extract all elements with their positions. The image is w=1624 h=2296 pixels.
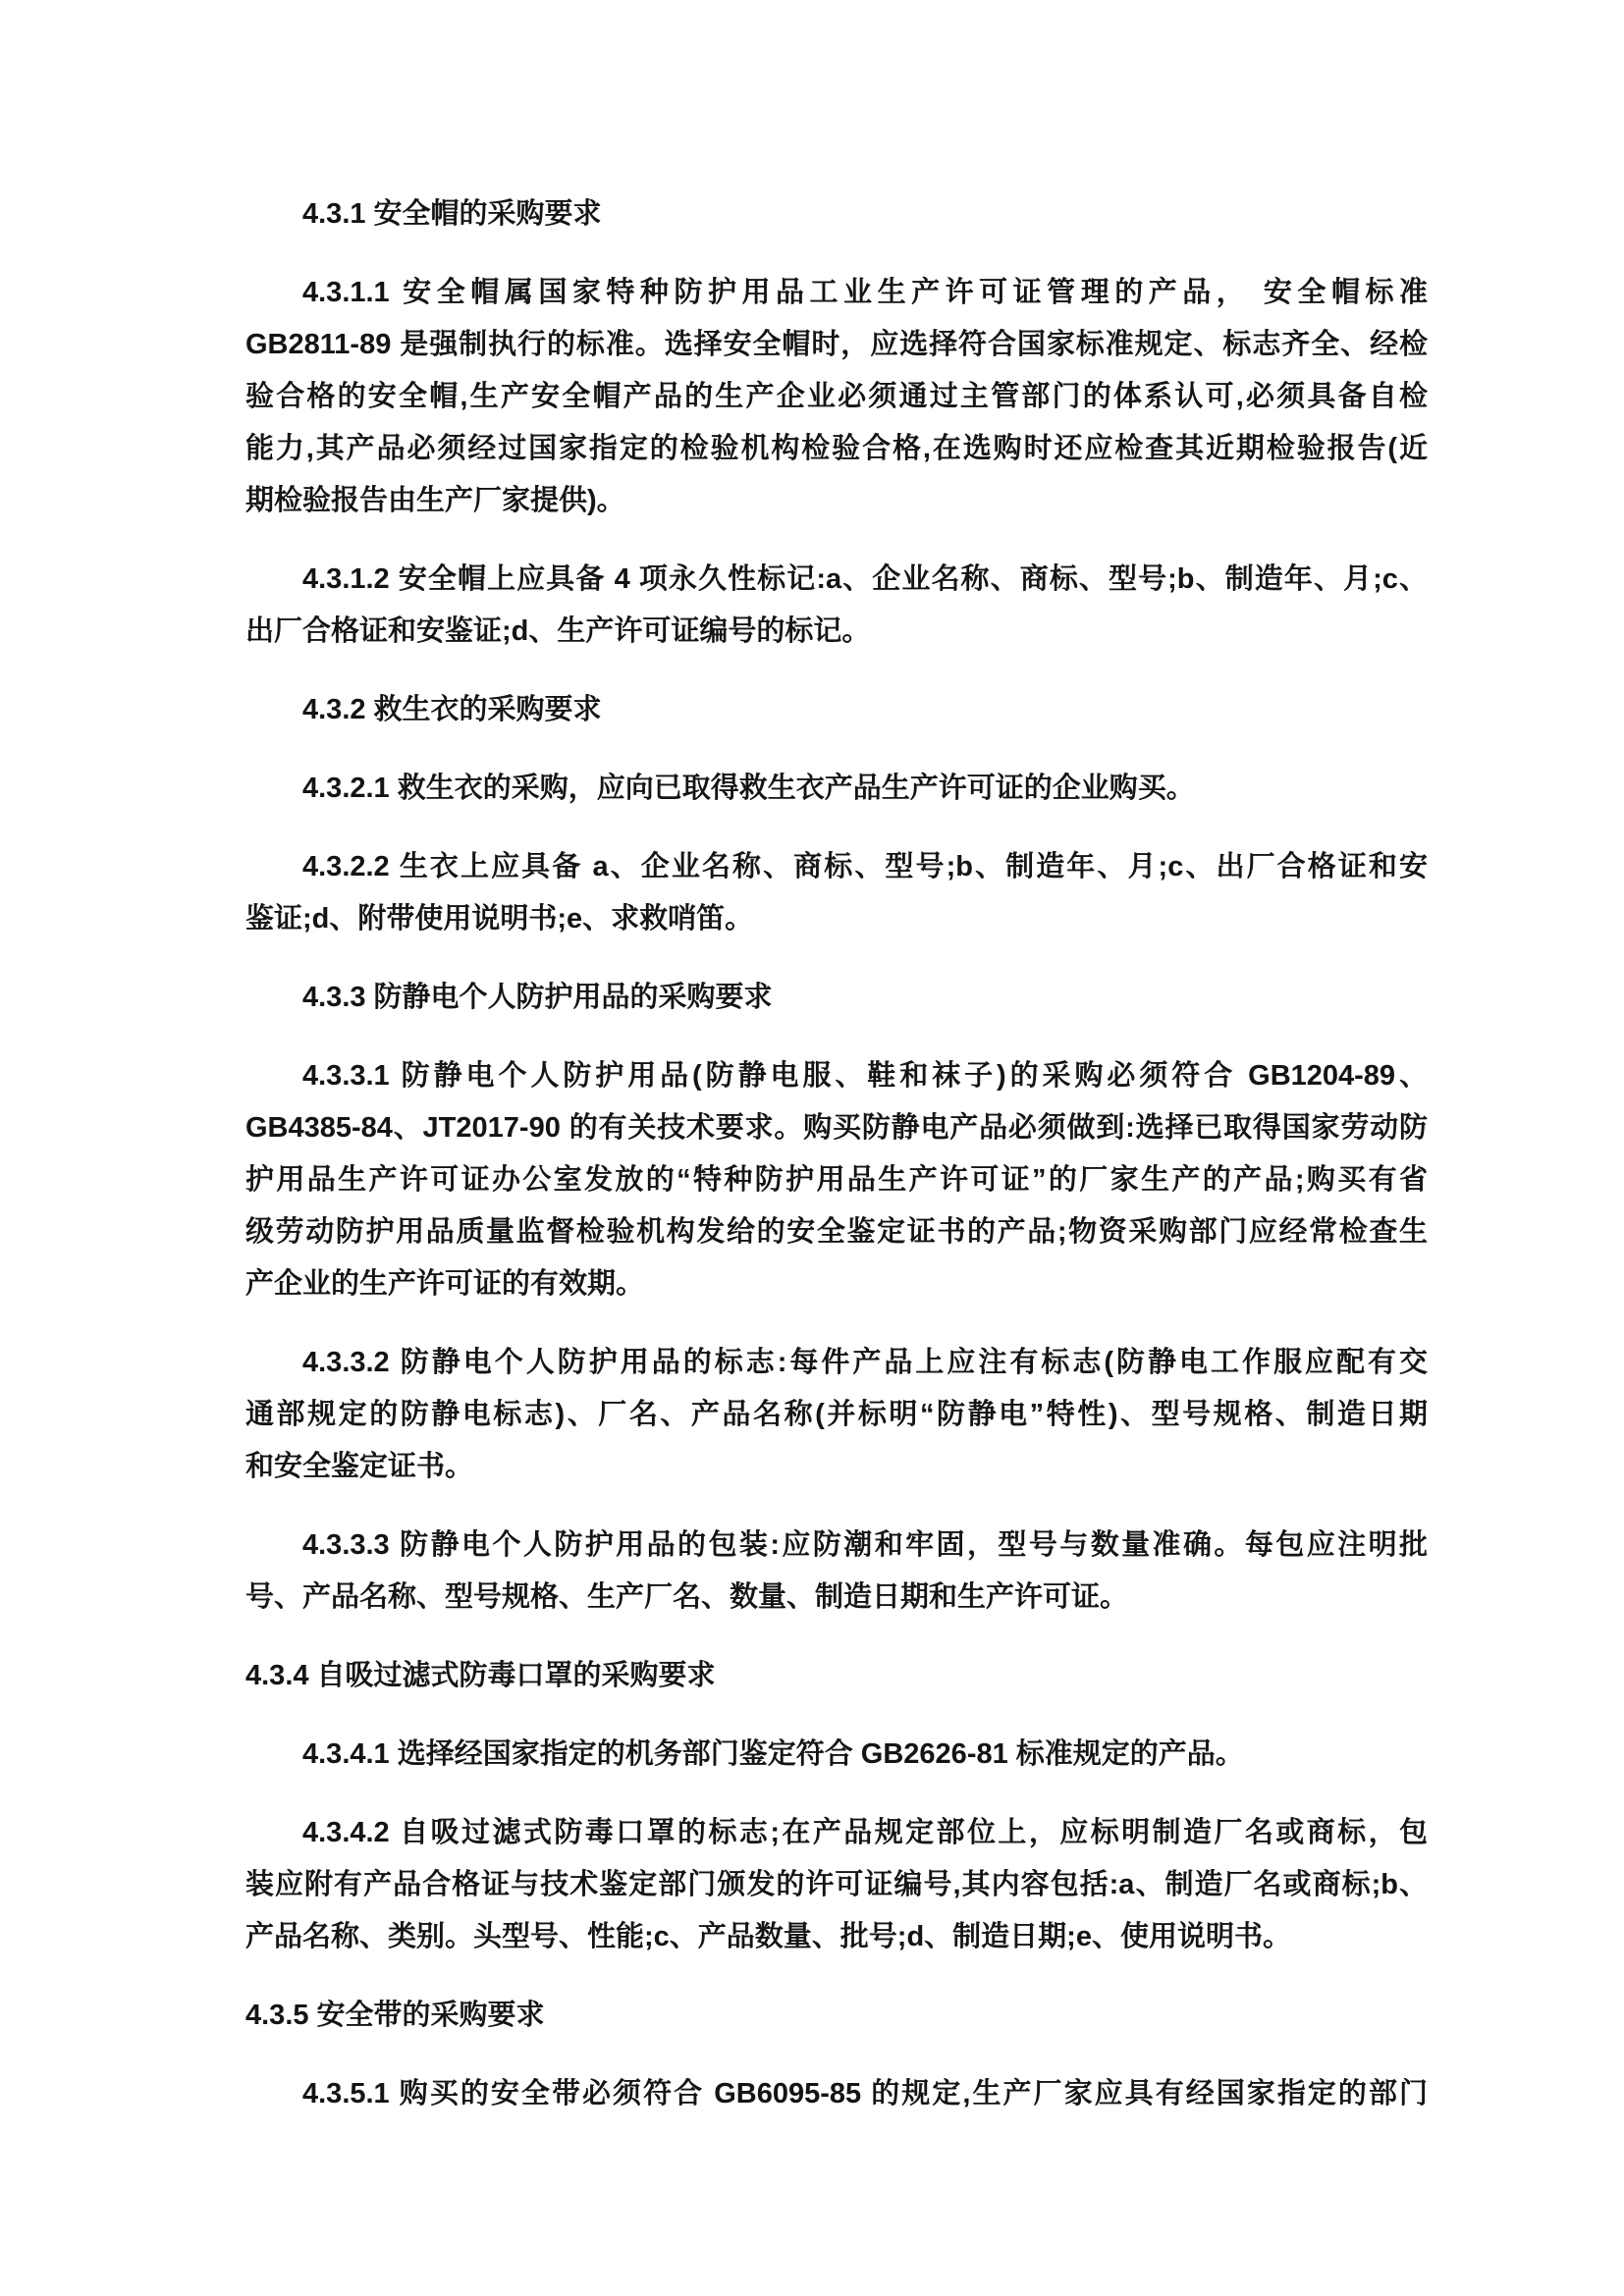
text-line: 号、产品名称、型号规格、生产厂名、数量、制造日期和生产许可证。 [245,1572,1428,1624]
paragraph: 4.3.1.2 安全帽上应具备 4 项永久性标记:a、企业名称、商标、型号;b、… [245,554,1428,658]
text-line: 验合格的安全帽,生产安全帽产品的生产企业必须通过主管部门的体系认可,必须具备自检 [245,371,1428,423]
text-line: 4.3.1.2 安全帽上应具备 4 项永久性标记:a、企业名称、商标、型号;b、… [245,554,1428,606]
text-line: 4.3.1.1 安全帽属国家特种防护用品工业生产许可证管理的产品， 安全帽标准 [245,267,1428,319]
document-body: 4.3.1 安全帽的采购要求4.3.1.1 安全帽属国家特种防护用品工业生产许可… [245,188,1428,2120]
section-heading: 4.3.3 防静电个人防护用品的采购要求 [245,972,1428,1024]
text-line: 4.3.3.3 防静电个人防护用品的包装:应防潮和牢固，型号与数量准确。每包应注… [245,1520,1428,1572]
text-line: 4.3.4.2 自吸过滤式防毒口罩的标志;在产品规定部位上，应标明制造厂名或商标… [245,1807,1428,1859]
paragraph: 4.3.2.2 生衣上应具备 a、企业名称、商标、型号;b、制造年、月;c、出厂… [245,841,1428,945]
text-line: 4.3.4 自吸过滤式防毒口罩的采购要求 [245,1650,1428,1702]
paragraph: 4.3.3.2 防静电个人防护用品的标志:每件产品上应注有标志(防静电工作服应配… [245,1337,1428,1493]
text-line: 期检验报告由生产厂家提供)。 [245,475,1428,527]
paragraph: 4.3.3.3 防静电个人防护用品的包装:应防潮和牢固，型号与数量准确。每包应注… [245,1520,1428,1624]
text-line: 级劳动防护用品质量监督检验机构发给的安全鉴定证书的产品;物资采购部门应经常检查生 [245,1206,1428,1258]
section-heading: 4.3.4 自吸过滤式防毒口罩的采购要求 [245,1650,1428,1702]
paragraph: 4.3.4.1 选择经国家指定的机务部门鉴定符合 GB2626-81 标准规定的… [245,1729,1428,1781]
section-heading: 4.3.5 安全带的采购要求 [245,1990,1428,2042]
paragraph: 4.3.1.1 安全帽属国家特种防护用品工业生产许可证管理的产品， 安全帽标准G… [245,267,1428,527]
text-line: 4.3.2 救生衣的采购要求 [245,684,1428,736]
text-line: GB4385-84、JT2017-90 的有关技术要求。购买防静电产品必须做到:… [245,1102,1428,1154]
text-line: GB2811-89 是强制执行的标准。选择安全帽时，应选择符合国家标准规定、标志… [245,319,1428,371]
text-line: 4.3.2.2 生衣上应具备 a、企业名称、商标、型号;b、制造年、月;c、出厂… [245,841,1428,893]
text-line: 护用品生产许可证办公室发放的“特种防护用品生产许可证”的厂家生产的产品;购买有省 [245,1154,1428,1206]
text-line: 4.3.5.1 购买的安全带必须符合 GB6095-85 的规定,生产厂家应具有… [245,2068,1428,2120]
text-line: 能力,其产品必须经过国家指定的检验机构检验合格,在选购时还应检查其近期检验报告(… [245,423,1428,475]
text-line: 4.3.4.1 选择经国家指定的机务部门鉴定符合 GB2626-81 标准规定的… [245,1729,1428,1781]
text-line: 出厂合格证和安鉴证;d、生产许可证编号的标记。 [245,606,1428,658]
section-heading: 4.3.2 救生衣的采购要求 [245,684,1428,736]
paragraph: 4.3.4.2 自吸过滤式防毒口罩的标志;在产品规定部位上，应标明制造厂名或商标… [245,1807,1428,1963]
text-line: 4.3.5 安全带的采购要求 [245,1990,1428,2042]
text-line: 4.3.1 安全帽的采购要求 [245,188,1428,240]
paragraph: 4.3.2.1 救生衣的采购，应向已取得救生衣产品生产许可证的企业购买。 [245,763,1428,815]
text-line: 和安全鉴定证书。 [245,1441,1428,1493]
section-heading: 4.3.1 安全帽的采购要求 [245,188,1428,240]
document-page: 4.3.1 安全帽的采购要求4.3.1.1 安全帽属国家特种防护用品工业生产许可… [0,0,1624,2296]
paragraph: 4.3.5.1 购买的安全带必须符合 GB6095-85 的规定,生产厂家应具有… [245,2068,1428,2120]
text-line: 4.3.3 防静电个人防护用品的采购要求 [245,972,1428,1024]
text-line: 产品名称、类别。头型号、性能;c、产品数量、批号;d、制造日期;e、使用说明书。 [245,1911,1428,1963]
text-line: 4.3.2.1 救生衣的采购，应向已取得救生衣产品生产许可证的企业购买。 [245,763,1428,815]
text-line: 产企业的生产许可证的有效期。 [245,1258,1428,1310]
text-line: 4.3.3.1 防静电个人防护用品(防静电服、鞋和袜子)的采购必须符合 GB12… [245,1050,1428,1102]
text-line: 4.3.3.2 防静电个人防护用品的标志:每件产品上应注有标志(防静电工作服应配… [245,1337,1428,1389]
paragraph: 4.3.3.1 防静电个人防护用品(防静电服、鞋和袜子)的采购必须符合 GB12… [245,1050,1428,1310]
text-line: 装应附有产品合格证与技术鉴定部门颁发的许可证编号,其内容包括:a、制造厂名或商标… [245,1859,1428,1911]
text-line: 鉴证;d、附带使用说明书;e、求救哨笛。 [245,893,1428,945]
text-line: 通部规定的防静电标志)、厂名、产品名称(并标明“防静电”特性)、型号规格、制造日… [245,1389,1428,1441]
